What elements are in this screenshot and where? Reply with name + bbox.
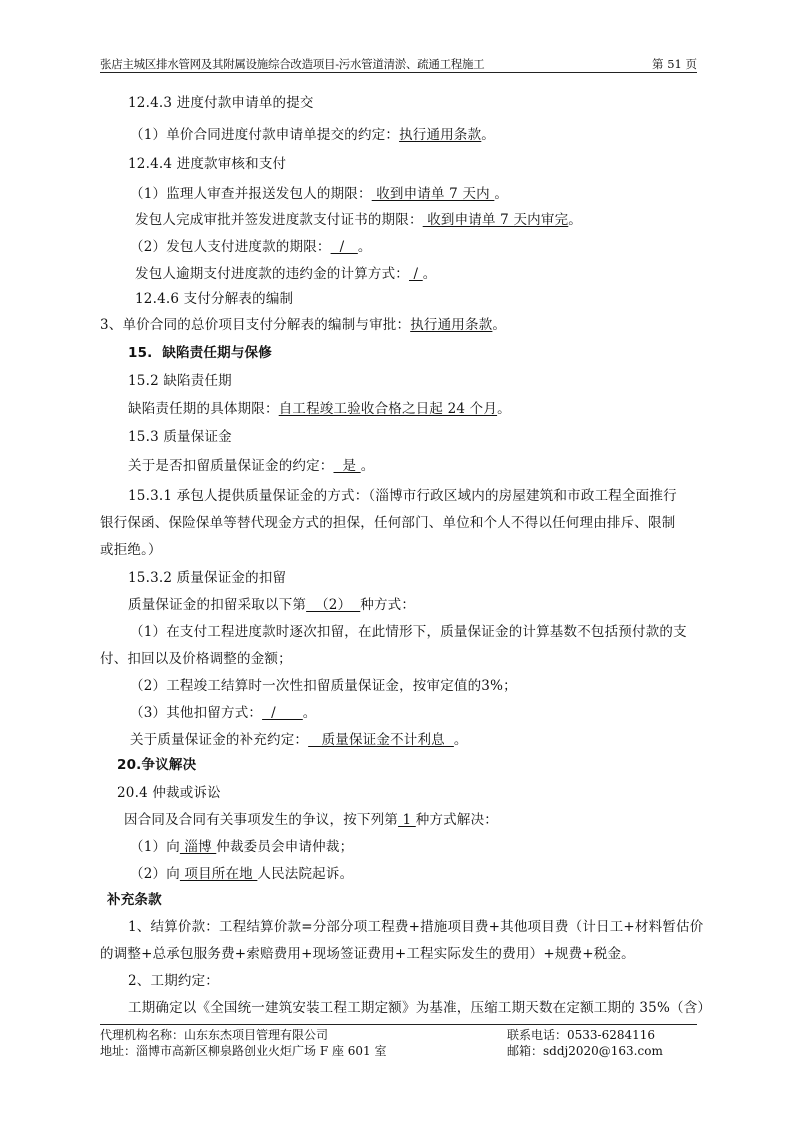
clause-value: 是 (334, 458, 361, 474)
contact-phone: 联系电话：0533-6284116 (507, 1027, 655, 1043)
clause-line: 3、单价合同的总价项目支付分解表的编制与审批：执行通用条款。 (100, 316, 506, 334)
agency-address: 地址：淄博市高新区柳泉路创业火炬广场 F 座 601 室 (100, 1043, 387, 1059)
section-15-3-2-heading: 15.3.2 质量保证金的扣留 (128, 569, 286, 587)
clause-line: （2）向 项目所在地 人民法院起诉。 (130, 865, 353, 883)
clause-line: （1）向 淄博 仲裁委员会申请仲裁； (130, 838, 353, 856)
paragraph-line: 2、工期约定： (128, 972, 219, 990)
clause-line: （1）监理人审查并报送发包人的期限： 收到申请单 7 天内 。 (130, 185, 508, 203)
clause-value: 执行通用条款 (410, 317, 492, 333)
clause-value: 1 (398, 812, 416, 828)
paragraph-line: 15.3.1 承包人提供质量保证金的方式：（淄博市行政区域内的房屋建筑和市政工程… (128, 487, 677, 505)
agency-name: 代理机构名称：山东东杰项目管理有限公司 (100, 1027, 328, 1043)
footer-divider (100, 1024, 697, 1025)
clause-value: 收到申请单 7 天内审完 (423, 212, 569, 228)
clause-line: 发包人逾期支付进度款的违约金的计算方式： / 。 (135, 265, 436, 283)
contact-email: 邮箱：sddj2020@163.com (507, 1043, 663, 1059)
clause-value: 项目所在地 (180, 866, 257, 882)
clause-value: / (262, 705, 303, 721)
clause-value: / (409, 266, 423, 282)
paragraph-line: （1）在支付工程进度款时逐次扣留，在此情形下，质量保证金的计算基数不包括预付款的… (130, 623, 687, 641)
clause-value: 质量保证金不计利息 (308, 732, 454, 748)
section-12-4-3-heading: 12.4.3 进度付款申请单的提交 (128, 94, 314, 112)
clause-value: （2） (306, 597, 360, 613)
page-number: 第 51 页 (652, 56, 697, 72)
paragraph-line: 1、结算价款：工程结算价款=分部分项工程费+措施项目费+其他项目费（计日工+材料… (128, 918, 703, 936)
section-12-4-4-heading: 12.4.4 进度款审核和支付 (128, 155, 286, 173)
clause-line: 因合同及合同有关事项发生的争议，按下列第 1 种方式解决： (124, 811, 498, 829)
paragraph-line: 工期确定以《全国统一建筑安装工程工期定额》为基准，压缩工期天数在定额工期的 35… (128, 999, 711, 1017)
paragraph-line: 或拒绝。） (100, 541, 162, 559)
supplementary-terms-heading: 补充条款 (107, 891, 162, 909)
clause-value: / (331, 239, 358, 255)
clause-value: 执行通用条款 (399, 127, 481, 143)
section-15-heading: 15. 缺陷责任期与保修 (128, 344, 272, 362)
clause-line: （1）单价合同进度付款申请单提交的约定：执行通用条款。 (130, 126, 495, 144)
paragraph-line: 付、扣回以及价格调整的金额； (100, 650, 292, 668)
document-title: 张店主城区排水管网及其附属设施综合改造项目-污水管道清淤、疏通工程施工 (100, 56, 484, 72)
paragraph-line: （2）工程竣工结算时一次性扣留质量保证金，按审定值的3%； (130, 677, 517, 695)
section-15-3-heading: 15.3 质量保证金 (128, 428, 232, 446)
clause-value: 收到申请单 7 天内 (372, 186, 495, 202)
clause-line: （3）其他扣留方式： / 。 (130, 704, 316, 722)
section-12-4-6-heading: 12.4.6 支付分解表的编制 (135, 290, 293, 308)
clause-line: 缺陷责任期的具体期限：自工程竣工验收合格之日起 24 个月。 (128, 400, 511, 418)
section-15-2-heading: 15.2 缺陷责任期 (128, 372, 232, 390)
paragraph-line: 银行保函、保险保单等替代现金方式的担保，任何部门、单位和个人不得以任何理由排斥、… (100, 514, 675, 532)
page-header: 张店主城区排水管网及其附属设施综合改造项目-污水管道清淤、疏通工程施工 第 51… (100, 56, 697, 73)
clause-line: 关于是否扣留质量保证金的约定： 是 。 (128, 457, 374, 475)
clause-value: 自工程竣工验收合格之日起 24 个月 (279, 401, 497, 417)
clause-value: 淄博 (180, 839, 216, 855)
section-20-heading: 20.争议解决 (117, 756, 196, 774)
clause-line: 质量保证金的扣留采取以下第 （2） 种方式： (128, 596, 415, 614)
paragraph-line: 的调整+总承包服务费+索赔费用+现场签证费用+工程实际发生的费用）+规费+税金。 (100, 945, 635, 963)
clause-line: 关于质量保证金的补充约定： 质量保证金不计利息 。 (130, 731, 468, 749)
clause-line: 发包人完成审批并签发进度款支付证书的期限： 收到申请单 7 天内审完。 (135, 211, 582, 229)
section-20-4-heading: 20.4 仲裁或诉讼 (117, 784, 221, 802)
clause-line: （2）发包人支付进度款的期限： / 。 (130, 238, 372, 256)
